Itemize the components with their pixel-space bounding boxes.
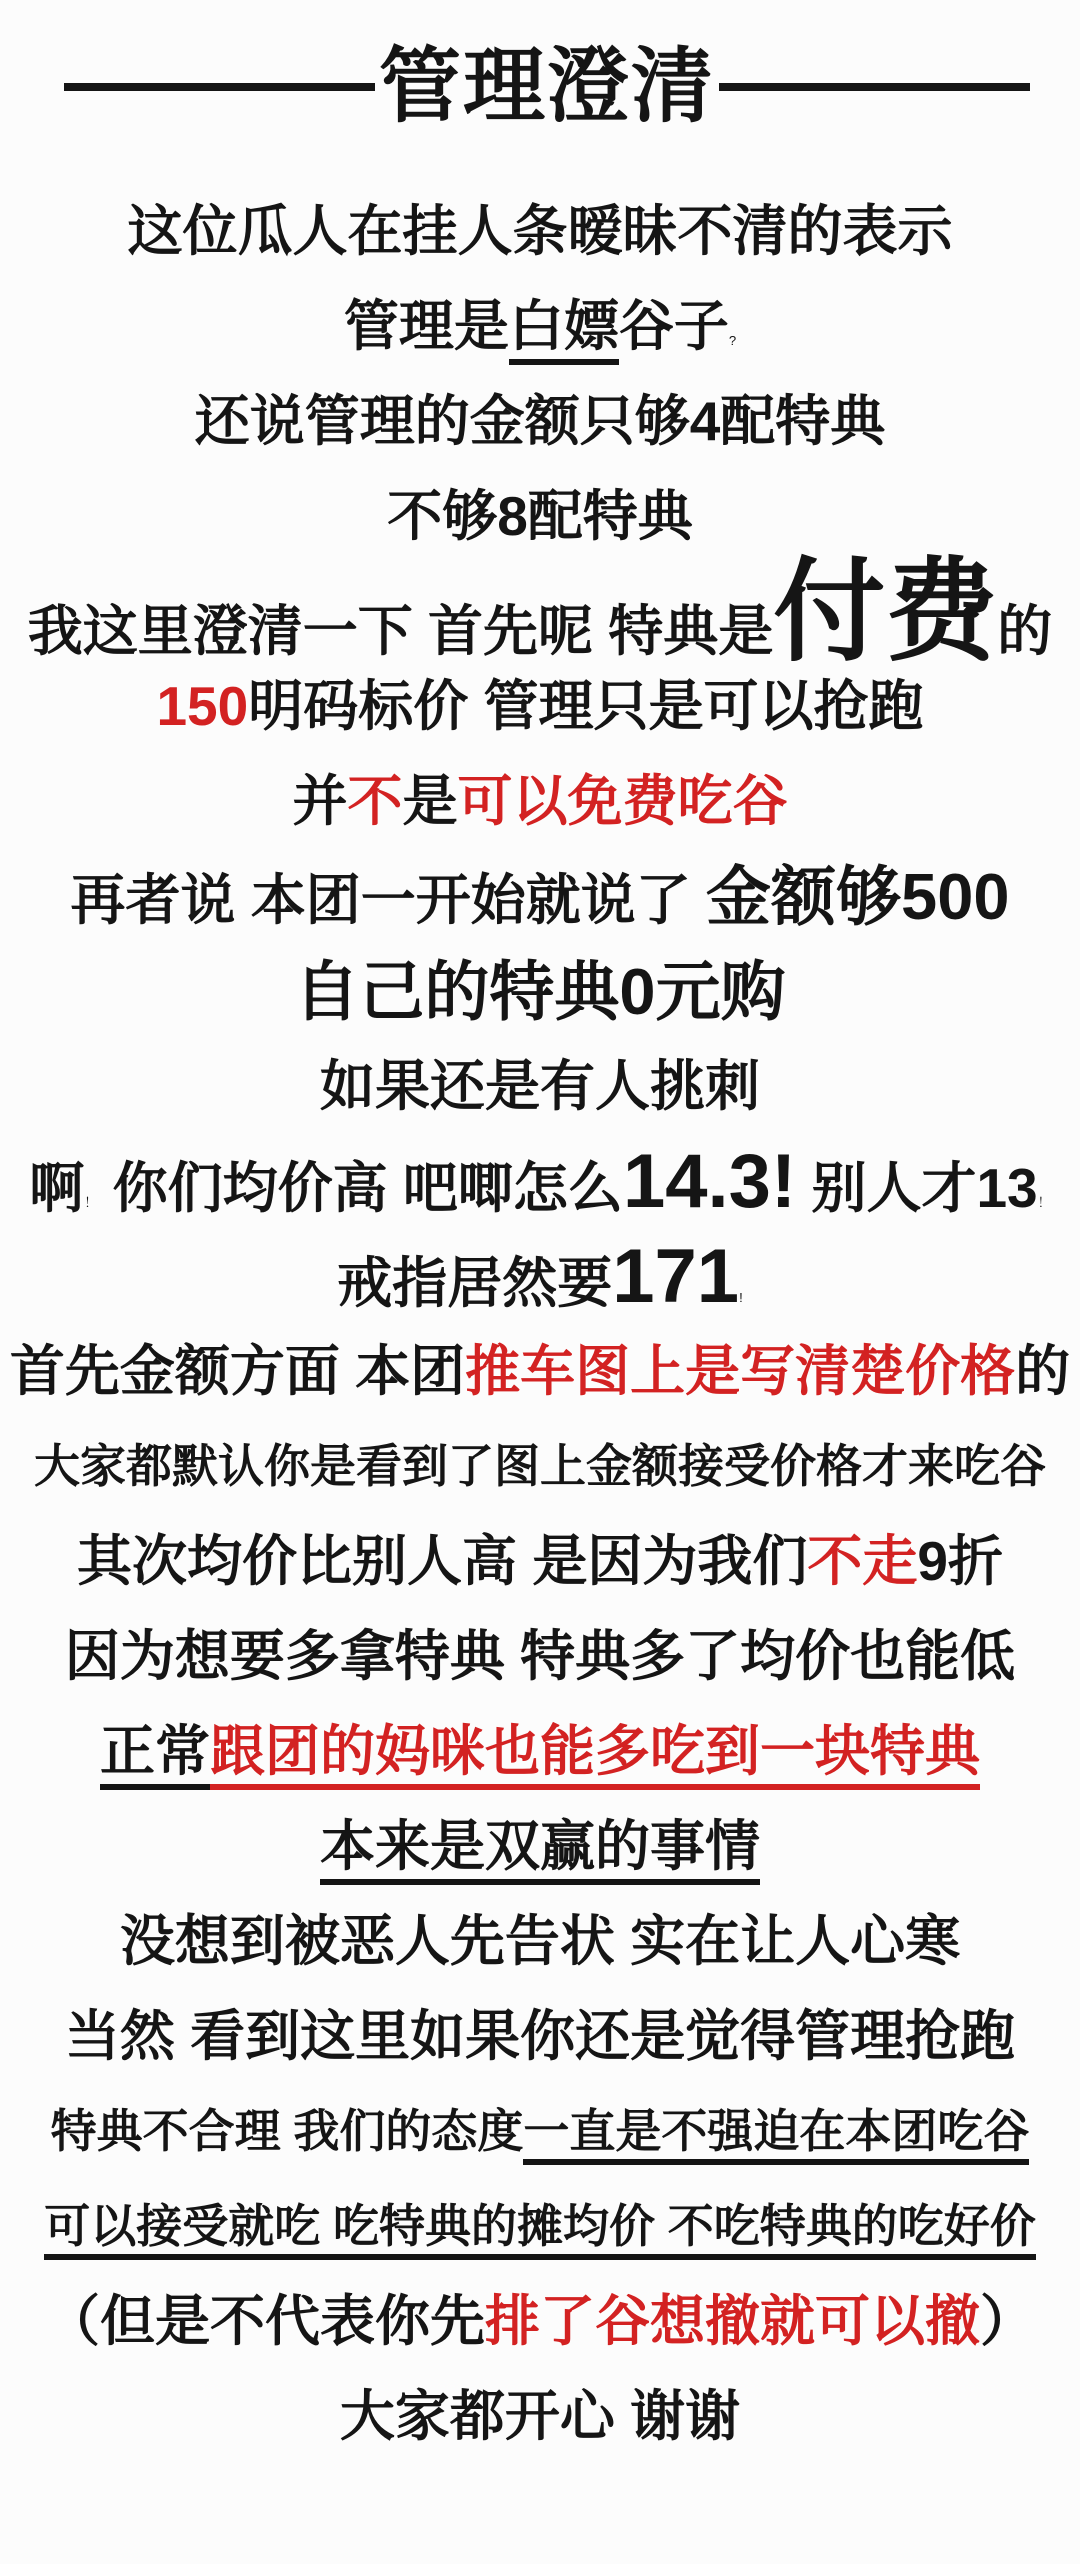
- text-segment: 没想到被恶人先告状 实在让人心寒: [120, 1910, 960, 1972]
- text-line: 自己的特典0元购: [0, 944, 1080, 1039]
- text-segment: 不走: [807, 1530, 917, 1592]
- text-line: 再者说 本团一开始就说了 金额够500: [0, 849, 1080, 944]
- text-segment: 本来是双赢的事情: [320, 1815, 760, 1885]
- text-segment: 并: [292, 770, 347, 832]
- text-segment: 的: [997, 600, 1052, 662]
- announcement-page: 管理澄清 这位瓜人在挂人条暧昧不清的表示管理是白嫖谷子?还说管理的金额只够4配特…: [0, 0, 1080, 2564]
- text-segment: 不: [347, 770, 402, 832]
- text-segment: 跟团的妈咪也能多吃到一块特典: [210, 1720, 980, 1790]
- text-segment: 正常: [100, 1720, 210, 1790]
- text-line: 首先金额方面 本团推车图上是写清楚价格的: [0, 1324, 1080, 1419]
- text-segment: ！: [1038, 1195, 1051, 1210]
- text-line: 正常跟团的妈咪也能多吃到一块特典: [0, 1704, 1080, 1799]
- text-segment: 付费: [773, 549, 997, 674]
- text-segment: 金额够500: [706, 860, 1009, 933]
- page-title: 管理澄清: [375, 46, 719, 128]
- text-segment: 白嫖: [509, 295, 619, 365]
- content-lines: 这位瓜人在挂人条暧昧不清的表示管理是白嫖谷子?还说管理的金额只够4配特典不够8配…: [0, 184, 1080, 2464]
- text-segment: 自己的特典0元购: [294, 955, 785, 1028]
- text-line: 啊！ 你们均价高 吧唧怎么14.3! 别人才13！: [0, 1134, 1080, 1229]
- text-segment: 大家都开心 谢谢: [340, 2385, 740, 2447]
- text-segment: 当然 看到这里如果你还是觉得管理抢跑: [65, 2005, 1015, 2067]
- text-segment: 150: [156, 675, 248, 737]
- text-segment: 戒指居然要: [337, 1252, 612, 1314]
- text-segment: 特典不合理 我们的态度: [51, 2105, 524, 2157]
- text-segment: 9折: [917, 1530, 1003, 1592]
- text-segment: 可以接受就吃 吃特典的摊均价 不吃特典的吃好价: [44, 2200, 1036, 2260]
- text-line: 如果还是有人挑刺: [0, 1039, 1080, 1134]
- text-segment: 别人才13: [796, 1157, 1037, 1219]
- text-segment: ！: [84, 1195, 97, 1210]
- text-line: 我这里澄清一下 首先呢 特典是付费的: [0, 564, 1080, 659]
- text-segment: 可以免费吃谷: [458, 770, 788, 832]
- text-line: 管理是白嫖谷子?: [0, 279, 1080, 374]
- text-segment: 是: [403, 770, 458, 832]
- text-line: 戒指居然要171!: [0, 1229, 1080, 1324]
- text-segment: 再者说 本团一开始就说了: [70, 869, 706, 931]
- title-left-rule: [64, 83, 375, 91]
- text-line: （但是不代表你先排了谷想撤就可以撤）: [0, 2274, 1080, 2369]
- text-line: 大家都默认你是看到了图上金额接受价格才来吃谷: [0, 1419, 1080, 1514]
- text-line: 这位瓜人在挂人条暧昧不清的表示: [0, 184, 1080, 279]
- text-segment: 首先金额方面 本团: [10, 1340, 465, 1402]
- text-segment: 推车图上是写清楚价格: [465, 1340, 1015, 1402]
- title-row: 管理澄清: [0, 0, 1080, 128]
- text-line: 大家都开心 谢谢: [0, 2369, 1080, 2464]
- text-segment: 其次均价比别人高 是因为我们: [77, 1530, 807, 1592]
- text-line: 可以接受就吃 吃特典的摊均价 不吃特典的吃好价: [0, 2179, 1080, 2274]
- text-segment: ）: [980, 2290, 1035, 2352]
- text-line: 其次均价比别人高 是因为我们不走9折: [0, 1514, 1080, 1609]
- text-segment: ?: [729, 333, 736, 348]
- text-segment: 不够8配特典: [387, 485, 693, 547]
- text-segment: 这位瓜人在挂人条暧昧不清的表示: [127, 200, 952, 262]
- text-segment: 14.3!: [623, 1139, 796, 1224]
- text-segment: 明码标价 管理只是可以抢跑: [248, 675, 923, 737]
- text-segment: 排了谷想撤就可以撤: [485, 2290, 980, 2352]
- text-segment: 如果还是有人挑刺: [320, 1055, 760, 1117]
- text-segment: 啊: [29, 1157, 84, 1219]
- text-segment: 还说管理的金额只够4配特典: [195, 390, 886, 452]
- text-line: 没想到被恶人先告状 实在让人心寒: [0, 1894, 1080, 1989]
- text-segment: 我这里澄清一下 首先呢 特典是: [28, 600, 774, 662]
- text-segment: 管理是: [344, 295, 509, 357]
- text-segment: 的: [1015, 1340, 1070, 1402]
- text-segment: （但是不代表你先: [45, 2290, 485, 2352]
- text-line: 当然 看到这里如果你还是觉得管理抢跑: [0, 1989, 1080, 2084]
- text-line: 特典不合理 我们的态度一直是不强迫在本团吃谷: [0, 2084, 1080, 2179]
- text-line: 并不是可以免费吃谷: [0, 754, 1080, 849]
- text-segment: 大家都默认你是看到了图上金额接受价格才来吃谷: [34, 1440, 1046, 1492]
- text-segment: 171: [612, 1234, 739, 1319]
- text-segment: 谷子: [619, 295, 729, 357]
- text-segment: 你们均价高 吧唧怎么: [97, 1157, 623, 1219]
- text-line: 还说管理的金额只够4配特典: [0, 374, 1080, 469]
- text-segment: 一直是不强迫在本团吃谷: [523, 2105, 1029, 2165]
- text-segment: !: [739, 1290, 743, 1305]
- text-line: 因为想要多拿特典 特典多了均价也能低: [0, 1609, 1080, 1704]
- text-line: 150明码标价 管理只是可以抢跑: [0, 659, 1080, 754]
- text-segment: 因为想要多拿特典 特典多了均价也能低: [65, 1625, 1015, 1687]
- title-right-rule: [719, 83, 1030, 91]
- text-line: 本来是双赢的事情: [0, 1799, 1080, 1894]
